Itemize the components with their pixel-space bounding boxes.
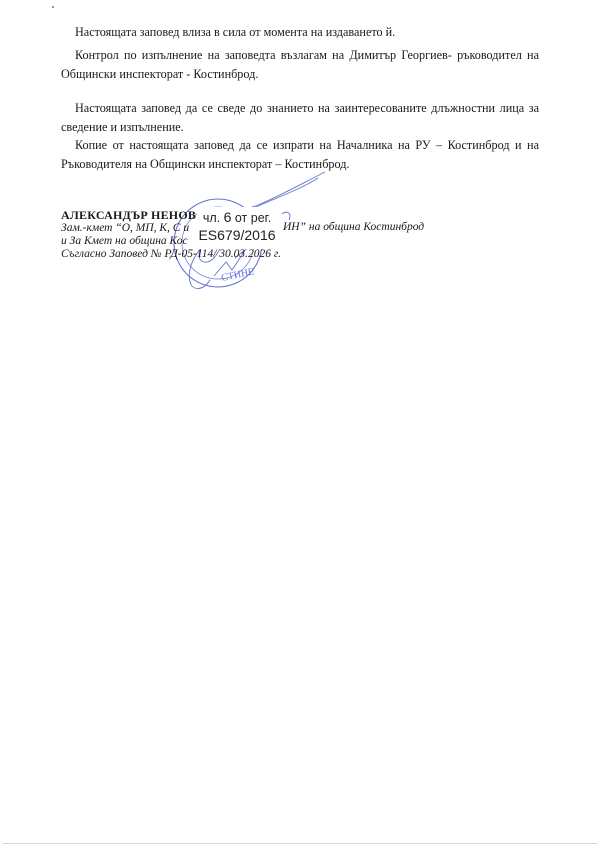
page-bottom-edge xyxy=(3,843,597,844)
paragraph-text: Настоящата заповед да се сведе до знание… xyxy=(61,101,539,134)
paragraph-text: Копие от настоящата заповед да се изпрат… xyxy=(61,138,539,171)
redaction-article-line: чл. 6 от рег. xyxy=(197,209,277,227)
paragraph-copy: Копие от настоящата заповед да се изпрат… xyxy=(61,136,539,174)
scan-speck xyxy=(52,6,54,8)
svg-text:СТИНЕ: СТИНЕ xyxy=(220,266,255,284)
signatory-title-line1-continued: ИН” на община Костинброд xyxy=(283,221,424,234)
signatory-order-reference: Съгласно Заповед № РД-05-114/ 30.03.2026… xyxy=(61,248,281,261)
paragraph-text: Настоящата заповед влиза в сила от момен… xyxy=(75,25,395,39)
paragraph-text: Контрол по изпълнение на заповедта възла… xyxy=(61,48,539,81)
paragraph-notification: Настоящата заповед да се сведе до знание… xyxy=(61,99,539,137)
redaction-regulation: ES679/2016 xyxy=(197,227,277,244)
paragraph-effective-date: Настоящата заповед влиза в сила от момен… xyxy=(61,23,539,42)
gdpr-redaction-label: чл. 6 от рег. ES679/2016 xyxy=(197,207,277,249)
paragraph-control: Контрол по изпълнение на заповедта възла… xyxy=(61,46,539,84)
document-page: Настоящата заповед влиза в сила от момен… xyxy=(0,0,600,848)
